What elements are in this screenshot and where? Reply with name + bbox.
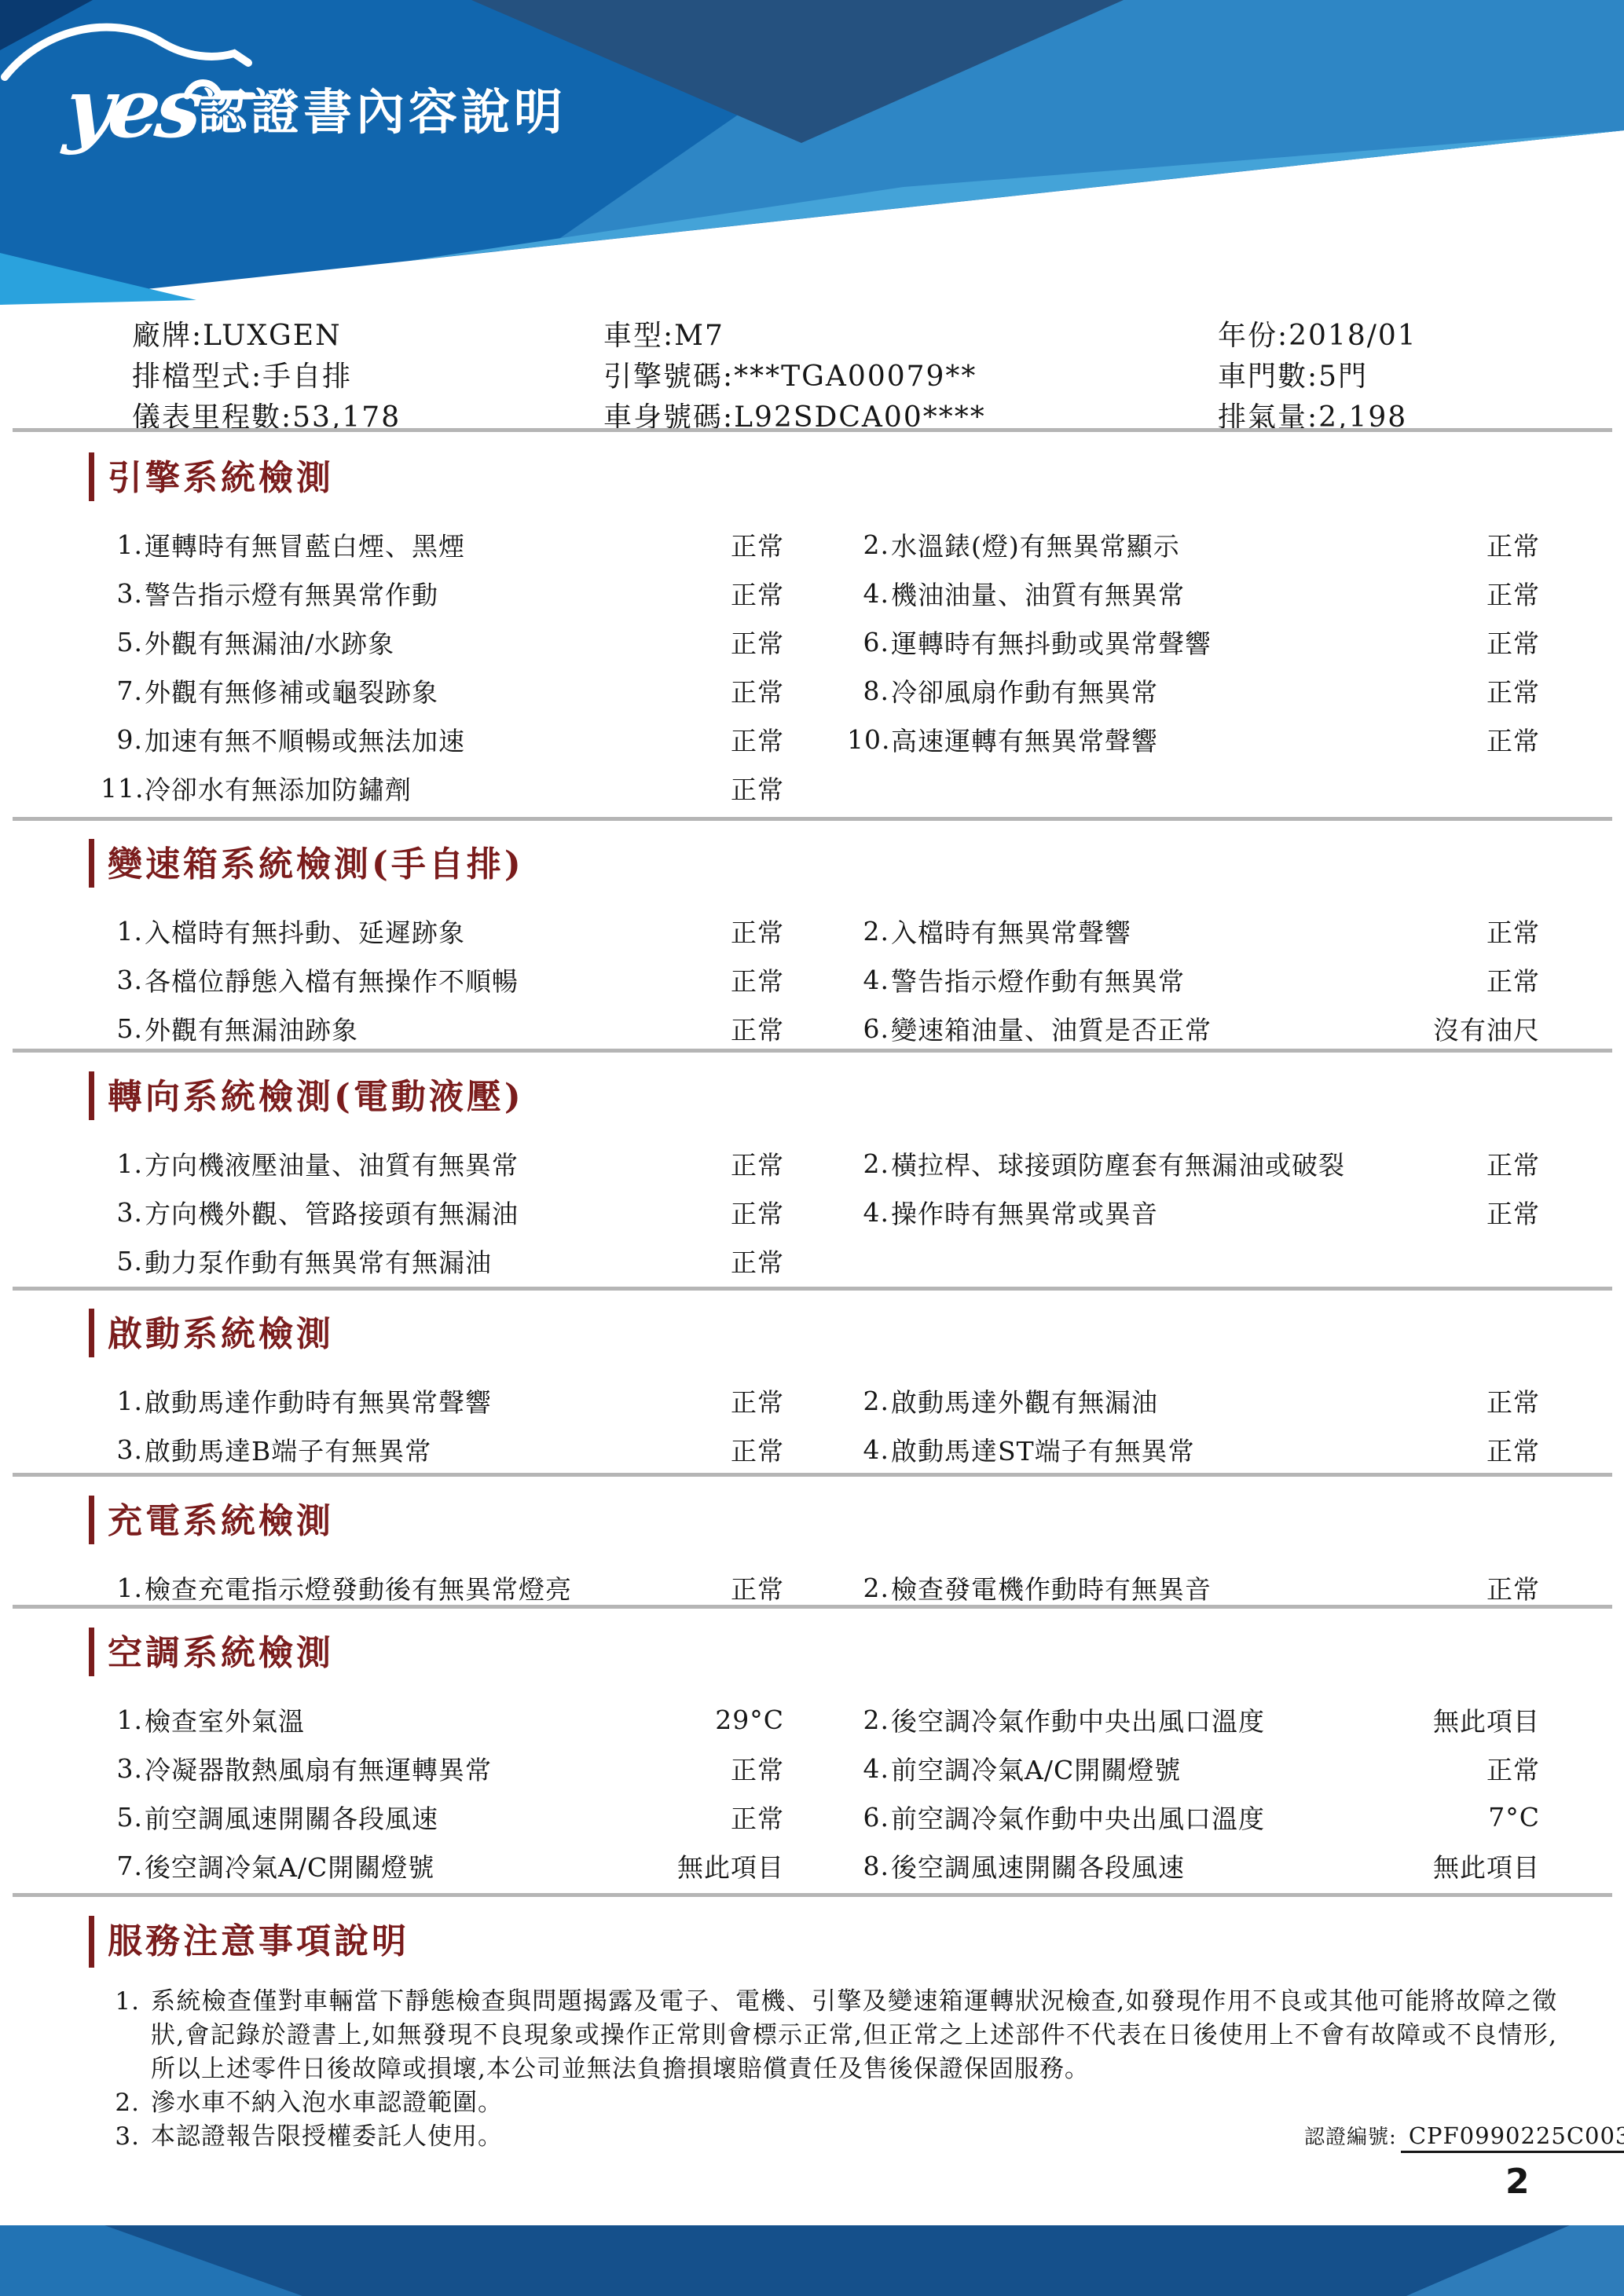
item-text: 前空調冷氣作動中央出風口溫度 — [891, 1799, 1353, 1836]
item-number: 5. — [101, 627, 145, 657]
item-text: 運轉時有無抖動或異常聲響 — [891, 624, 1353, 661]
inspection-row: 7.後空調冷氣A/C開關燈號無此項目8.後空調風速開關各段風速無此項目 — [101, 1841, 1540, 1890]
divider — [13, 1893, 1612, 1897]
item-result: 正常 — [1353, 1145, 1540, 1182]
item-result: 正常 — [1353, 721, 1540, 758]
item-text: 水溫錶(燈)有無異常顯示 — [891, 526, 1353, 563]
section-bar — [89, 1496, 94, 1544]
item-result: 7°C — [1353, 1802, 1540, 1833]
inspection-row: 1.檢查室外氣溫29°C2.後空調冷氣作動中央出風口溫度無此項目 — [101, 1695, 1540, 1744]
item-result: 正常 — [1353, 672, 1540, 709]
item-number: 2. — [847, 529, 891, 560]
inspection-row: 5.外觀有無漏油跡象正常6.變速箱油量、油質是否正常沒有油尺 — [101, 1004, 1540, 1053]
item-number: 5. — [101, 1013, 145, 1044]
info-pair: 車門數:5門 — [1218, 354, 1546, 394]
note-text: 滲水車不納入泡水車認證範圍。 — [151, 2086, 1557, 2120]
item-number: 8. — [847, 1851, 891, 1881]
item-number: 4. — [847, 965, 891, 995]
section-items: 1.入檔時有無抖動、延遲跡象正常2.入檔時有無異常聲響正常3.各檔位靜態入檔有無… — [101, 906, 1540, 1053]
item-number: 1. — [101, 1573, 145, 1603]
note-item: 2.滲水車不納入泡水車認證範圍。 — [101, 2086, 1562, 2120]
item-number: 7. — [101, 1851, 145, 1881]
item-text: 動力泵作動有無異常有無漏油 — [145, 1243, 651, 1280]
item-number: 3. — [101, 578, 145, 609]
item-result: 正常 — [651, 770, 784, 807]
footer-background-art — [0, 2225, 1624, 2296]
item-text: 前空調風速開關各段風速 — [145, 1799, 651, 1836]
info-value: 手自排 — [262, 361, 352, 393]
item-number: 3. — [101, 1197, 145, 1228]
section-bar — [89, 1628, 94, 1676]
item-result: 正常 — [1353, 1750, 1540, 1787]
item-number: 11. — [101, 773, 145, 804]
item-result: 正常 — [651, 961, 784, 998]
item-text: 冷凝器散熱風扇有無運轉異常 — [145, 1750, 651, 1787]
item-number: 4. — [847, 578, 891, 609]
divider — [13, 428, 1612, 432]
item-text: 檢查室外氣溫 — [145, 1701, 651, 1738]
item-result: 正常 — [651, 1799, 784, 1836]
inspection-row: 5.前空調風速開關各段風速正常6.前空調冷氣作動中央出風口溫度7°C — [101, 1792, 1540, 1841]
info-pair: 車型:M7 — [603, 313, 1218, 353]
item-text: 啟動馬達作動時有無異常聲響 — [145, 1382, 651, 1419]
inspection-row: 7.外觀有無修補或龜裂跡象正常8.冷卻風扇作動有無異常正常 — [101, 666, 1540, 715]
item-number: 1. — [101, 1148, 145, 1179]
item-text: 後空調冷氣A/C開關燈號 — [145, 1847, 651, 1884]
item-result: 正常 — [651, 1243, 784, 1280]
item-text: 加速有無不順暢或無法加速 — [145, 721, 651, 758]
item-result: 正常 — [651, 913, 784, 950]
item-text: 各檔位靜態入檔有無操作不順暢 — [145, 961, 651, 998]
inspection-row: 5.外觀有無漏油/水跡象正常6.運轉時有無抖動或異常聲響正常 — [101, 617, 1540, 666]
note-number: 2. — [101, 2086, 140, 2120]
item-text: 啟動馬達外觀有無漏油 — [891, 1382, 1353, 1419]
item-result: 正常 — [651, 575, 784, 612]
item-number: 10. — [847, 724, 891, 755]
note-number: 1. — [101, 1985, 140, 2019]
item-text: 外觀有無漏油跡象 — [145, 1010, 651, 1047]
info-pair: 廠牌:LUXGEN — [132, 313, 603, 353]
item-result: 正常 — [1353, 1431, 1540, 1468]
item-text: 警告指示燈有無異常作動 — [145, 575, 651, 612]
item-number: 5. — [101, 1246, 145, 1276]
info-value: LUXGEN — [203, 320, 341, 352]
item-result: 正常 — [651, 1569, 784, 1606]
section-items: 1.方向機液壓油量、油質有無異常正常2.橫拉桿、球接頭防塵套有無漏油或破裂正常3… — [101, 1139, 1540, 1285]
item-text: 方向機外觀、管路接頭有無漏油 — [145, 1194, 651, 1231]
section-bar — [89, 452, 94, 501]
section-title: 啟動系統檢測 — [108, 1305, 334, 1356]
item-result: 正常 — [1353, 526, 1540, 563]
item-result: 正常 — [651, 1431, 784, 1468]
item-number: 1. — [101, 1705, 145, 1735]
certificate-number-value: CPF0990225C003 — [1401, 2122, 1624, 2153]
section-items: 1.檢查充電指示燈發動後有無異常燈亮正常2.檢查發電機作動時有無異音正常 — [101, 1563, 1540, 1612]
section-title: 充電系統檢測 — [108, 1492, 334, 1543]
info-label: 廠牌: — [132, 320, 203, 352]
inspection-row: 3.啟動馬達B端子有無異常正常4.啟動馬達ST端子有無異常正常 — [101, 1425, 1540, 1474]
section-bar — [89, 1309, 94, 1357]
page-title: 認證書內容說明 — [198, 88, 566, 137]
info-label: 排檔型式: — [132, 361, 262, 393]
item-text: 啟動馬達ST端子有無異常 — [891, 1431, 1353, 1468]
item-text: 前空調冷氣A/C開關燈號 — [891, 1750, 1353, 1787]
item-number: 2. — [847, 916, 891, 947]
section-title: 服務注意事項說明 — [108, 1913, 409, 1963]
item-result: 正常 — [1353, 1194, 1540, 1231]
item-number: 2. — [847, 1148, 891, 1179]
item-number: 2. — [847, 1573, 891, 1603]
item-text: 冷卻風扇作動有無異常 — [891, 672, 1353, 709]
certificate-page: yes 認證書內容說明 廠牌:LUXGEN車型:M7年份:2018/01排檔型式… — [0, 0, 1624, 2296]
inspection-row: 1.運轉時有無冒藍白煙、黑煙正常2.水溫錶(燈)有無異常顯示正常 — [101, 520, 1540, 569]
item-result: 正常 — [651, 624, 784, 661]
item-number: 3. — [101, 1434, 145, 1465]
item-number: 2. — [847, 1386, 891, 1416]
info-value: ***TGA00079** — [734, 361, 977, 393]
item-result: 正常 — [651, 526, 784, 563]
item-result: 正常 — [651, 1382, 784, 1419]
item-number: 2. — [847, 1705, 891, 1735]
info-pair: 引擎號碼:***TGA00079** — [603, 354, 1218, 394]
info-pair: 年份:2018/01 — [1218, 313, 1546, 353]
item-result: 正常 — [651, 1750, 784, 1787]
item-number: 1. — [101, 1386, 145, 1416]
inspection-row: 5.動力泵作動有無異常有無漏油正常 — [101, 1236, 1540, 1285]
item-text: 檢查充電指示燈發動後有無異常燈亮 — [145, 1569, 651, 1606]
info-value: M7 — [674, 320, 724, 352]
item-number: 3. — [101, 1753, 145, 1784]
item-text: 高速運轉有無異常聲響 — [891, 721, 1353, 758]
section-items: 1.啟動馬達作動時有無異常聲響正常2.啟動馬達外觀有無漏油正常3.啟動馬達B端子… — [101, 1376, 1540, 1474]
item-text: 操作時有無異常或異音 — [891, 1194, 1353, 1231]
item-number: 4. — [847, 1197, 891, 1228]
inspection-row: 9.加速有無不順暢或無法加速正常10.高速運轉有無異常聲響正常 — [101, 715, 1540, 764]
info-value: 2018/01 — [1289, 320, 1417, 352]
item-number: 6. — [847, 1802, 891, 1833]
item-text: 變速箱油量、油質是否正常 — [891, 1010, 1353, 1047]
section-title: 變速箱系統檢測(手自排) — [108, 836, 524, 886]
item-number: 9. — [101, 724, 145, 755]
item-number: 6. — [847, 627, 891, 657]
inspection-row: 1.入檔時有無抖動、延遲跡象正常2.入檔時有無異常聲響正常 — [101, 906, 1540, 955]
divider — [13, 1287, 1612, 1291]
section-bar — [89, 1916, 94, 1968]
item-text: 入檔時有無抖動、延遲跡象 — [145, 913, 651, 950]
item-result: 沒有油尺 — [1353, 1010, 1540, 1047]
section-bar — [89, 1071, 94, 1120]
item-result: 正常 — [1353, 1382, 1540, 1419]
item-result: 正常 — [1353, 961, 1540, 998]
item-result: 正常 — [651, 1194, 784, 1231]
item-text: 冷卻水有無添加防鏽劑 — [145, 770, 651, 807]
item-text: 外觀有無修補或龜裂跡象 — [145, 672, 651, 709]
item-result: 無此項目 — [651, 1847, 784, 1884]
info-label: 車門數: — [1218, 361, 1318, 393]
info-pair: 排檔型式:手自排 — [132, 354, 603, 394]
item-result: 正常 — [651, 1145, 784, 1182]
item-text: 檢查發電機作動時有無異音 — [891, 1569, 1353, 1606]
inspection-row: 1.檢查充電指示燈發動後有無異常燈亮正常2.檢查發電機作動時有無異音正常 — [101, 1563, 1540, 1612]
section-title: 轉向系統檢測(電動液壓) — [108, 1068, 524, 1119]
info-label: 車型: — [603, 320, 674, 352]
item-text: 後空調冷氣作動中央出風口溫度 — [891, 1701, 1353, 1738]
section-title: 空調系統檢測 — [108, 1624, 334, 1675]
section-title: 引擎系統檢測 — [108, 449, 334, 500]
inspection-row: 3.各檔位靜態入檔有無操作不順暢正常4.警告指示燈作動有無異常正常 — [101, 955, 1540, 1004]
section-items: 1.檢查室外氣溫29°C2.後空調冷氣作動中央出風口溫度無此項目3.冷凝器散熱風… — [101, 1695, 1540, 1890]
item-number: 5. — [101, 1802, 145, 1833]
item-result: 正常 — [651, 672, 784, 709]
item-result: 正常 — [1353, 575, 1540, 612]
item-text: 方向機液壓油量、油質有無異常 — [145, 1145, 651, 1182]
item-text: 入檔時有無異常聲響 — [891, 913, 1353, 950]
item-text: 後空調風速開關各段風速 — [891, 1847, 1353, 1884]
item-result: 正常 — [651, 1010, 784, 1047]
inspection-row: 3.警告指示燈有無異常作動正常4.機油油量、油質有無異常正常 — [101, 569, 1540, 617]
inspection-row: 3.方向機外觀、管路接頭有無漏油正常4.操作時有無異常或異音正常 — [101, 1188, 1540, 1236]
footer-band — [0, 2225, 1624, 2296]
item-number: 3. — [101, 965, 145, 995]
item-number: 6. — [847, 1013, 891, 1044]
item-result: 正常 — [1353, 624, 1540, 661]
certificate-number-line: 認證編號: CPF0990225C003 — [1304, 2121, 1624, 2150]
certificate-number-label: 認證編號: — [1304, 2126, 1397, 2149]
inspection-row: 3.冷凝器散熱風扇有無運轉異常正常4.前空調冷氣A/C開關燈號正常 — [101, 1744, 1540, 1792]
item-text: 運轉時有無冒藍白煙、黑煙 — [145, 526, 651, 563]
note-number: 3. — [101, 2120, 140, 2154]
item-number: 8. — [847, 676, 891, 706]
item-text: 橫拉桿、球接頭防塵套有無漏油或破裂 — [891, 1145, 1353, 1182]
section-bar — [89, 839, 94, 888]
item-result: 29°C — [651, 1705, 784, 1735]
item-result: 正常 — [1353, 1569, 1540, 1606]
vehicle-info: 廠牌:LUXGEN車型:M7年份:2018/01排檔型式:手自排引擎號碼:***… — [132, 313, 1546, 435]
item-text: 外觀有無漏油/水跡象 — [145, 624, 651, 661]
item-number: 7. — [101, 676, 145, 706]
item-text: 機油油量、油質有無異常 — [891, 575, 1353, 612]
item-text: 警告指示燈作動有無異常 — [891, 961, 1353, 998]
item-number: 1. — [101, 529, 145, 560]
note-item: 1.系統檢查僅對車輛當下靜態檢查與問題揭露及電子、電機、引擎及變速箱運轉狀況檢查… — [101, 1985, 1562, 2086]
item-number: 4. — [847, 1434, 891, 1465]
item-number: 1. — [101, 916, 145, 947]
item-text: 啟動馬達B端子有無異常 — [145, 1431, 651, 1468]
page-number: 2 — [1505, 2162, 1530, 2202]
info-label: 年份: — [1218, 320, 1289, 352]
inspection-row: 1.啟動馬達作動時有無異常聲響正常2.啟動馬達外觀有無漏油正常 — [101, 1376, 1540, 1425]
item-result: 無此項目 — [1353, 1847, 1540, 1884]
inspection-row: 1.方向機液壓油量、油質有無異常正常2.橫拉桿、球接頭防塵套有無漏油或破裂正常 — [101, 1139, 1540, 1188]
info-value: 5門 — [1318, 361, 1368, 393]
item-number: 4. — [847, 1753, 891, 1784]
inspection-row: 11.冷卻水有無添加防鏽劑正常 — [101, 764, 1540, 812]
divider — [13, 817, 1612, 821]
item-result: 無此項目 — [1353, 1701, 1540, 1738]
note-text: 系統檢查僅對車輛當下靜態檢查與問題揭露及電子、電機、引擎及變速箱運轉狀況檢查,如… — [151, 1985, 1557, 2086]
item-result: 正常 — [651, 721, 784, 758]
item-result: 正常 — [1353, 913, 1540, 950]
info-label: 引擎號碼: — [603, 361, 734, 393]
header-banner: yes 認證書內容說明 — [0, 0, 1624, 314]
section-items: 1.運轉時有無冒藍白煙、黑煙正常2.水溫錶(燈)有無異常顯示正常3.警告指示燈有… — [101, 520, 1540, 812]
